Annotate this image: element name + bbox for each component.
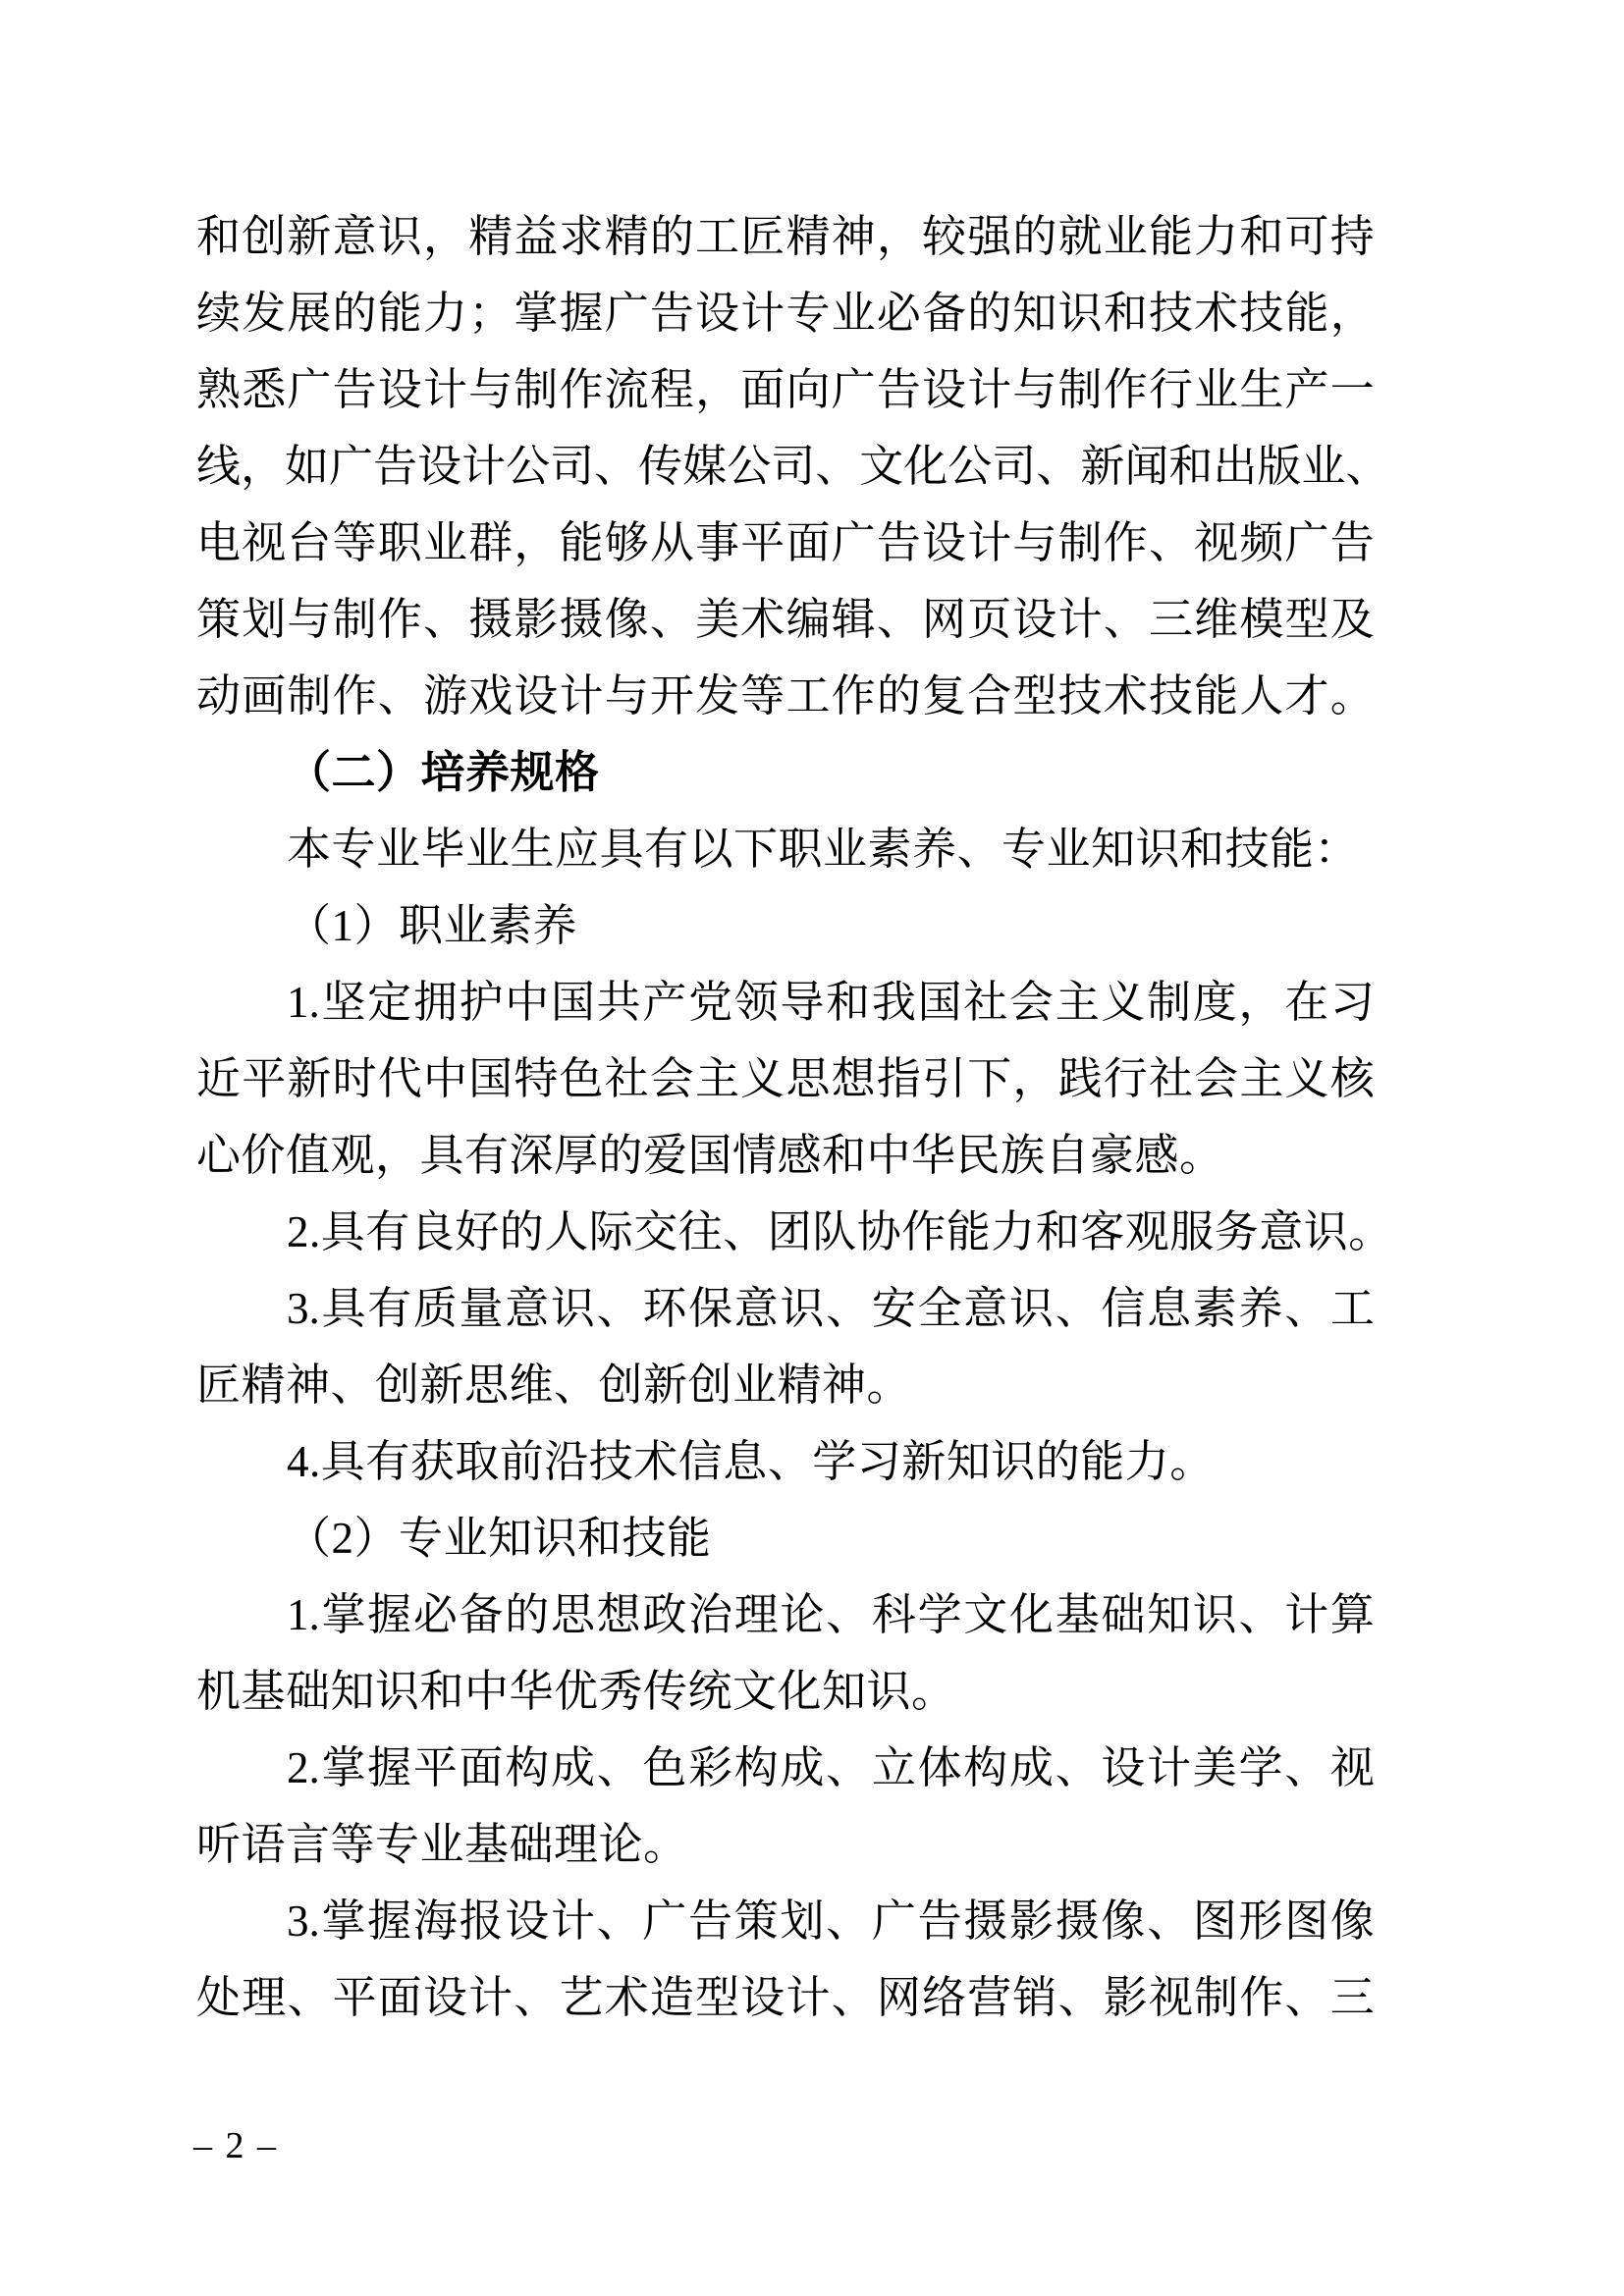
text-char: 计 [740,275,785,351]
text-char: 如 [285,428,329,505]
text-char: 3. [287,1883,320,1959]
text-char: 护 [460,964,504,1041]
text-char: 影 [1104,1959,1148,2036]
text-char: 频 [1239,505,1283,581]
text-char: 3. [287,1270,320,1347]
text-char: 必 [413,1576,458,1653]
text-char: 下 [967,1041,1011,1117]
text-char: 行 [1149,351,1193,428]
text-line: 3.具有质量意识、环保意识、安全意识、信息素养、工 [196,1270,1375,1347]
text-char: 流 [605,351,649,428]
text-char: 的 [967,275,1011,351]
text-char: 识 [1193,1576,1237,1653]
text-char: 识 [1009,1270,1054,1347]
text-line: 1.掌握必备的思想政治理论、科学文化基础知识、计算 [196,1576,1375,1653]
text-char: 求 [560,198,604,275]
text-char: 在 [1284,964,1328,1041]
text-char: 较 [922,198,966,275]
text-char: 论 [780,1576,824,1653]
text-char: 全 [918,1270,962,1347]
text-char: 义 [1285,1041,1329,1117]
text-char: 技 [1149,275,1193,351]
text-char: 三 [1330,1959,1375,2036]
text-char: 1. [287,964,320,1041]
text-char: 思 [785,1041,830,1117]
text-char: 摄 [560,581,604,658]
text-char: 强 [967,198,1011,275]
text-char: 告 [650,275,694,351]
text-char: 义 [740,1041,785,1117]
text-char: 治 [688,1576,732,1653]
text-char: 设 [922,351,966,428]
text-char: 握 [367,1730,411,1806]
text-char: 计 [967,505,1011,581]
text-char: 络 [922,1959,966,2036]
text-char: 等 [333,505,377,581]
text-char: 质 [413,1270,458,1347]
text-char: 化 [903,428,947,505]
text-char: 掌 [321,1576,365,1653]
text-char: 定 [367,964,411,1041]
text-line: 机基础知识和中华优秀传统文化知识。 [196,1653,1375,1730]
text-char: 的 [650,198,694,275]
text-char: 告 [373,428,417,505]
text-char: 学 [918,1576,962,1653]
text-char: 等 [740,658,785,734]
text-char: 广 [872,1883,916,1959]
text-char: 工 [1330,1270,1375,1347]
text-line: 续发展的能力；掌握广告设计专业必备的知识和技术技能， [196,275,1375,351]
text-char: 握 [560,275,604,351]
text-char: 、 [877,581,921,658]
text-char: 能 [378,275,422,351]
text-char: 告 [333,351,377,428]
text-char: 产 [1285,351,1329,428]
text-char: 发 [695,658,739,734]
text-line: （1）职业素养 [196,887,1375,964]
text-char: 、 [378,658,422,734]
text-char: 形 [1239,1883,1283,1959]
text-char: 广 [832,351,876,428]
text-char: 策 [196,581,241,658]
text-char: 设 [740,1959,785,2036]
text-char: 作 [832,658,876,734]
text-char: 能 [1194,658,1238,734]
text-char: 维 [1194,581,1238,658]
text-char: 。 [1330,658,1375,734]
text-char: 新 [1080,428,1124,505]
text-char: 思 [551,1576,595,1653]
text-char: 计 [423,351,467,428]
text-char: 制 [1058,505,1103,581]
text-char: 业 [1301,428,1345,505]
text-char: 识 [1058,275,1103,351]
text-line: 2.掌握平面构成、色彩构成、立体构成、设计美学、视 [196,1730,1375,1806]
text-char: 会 [1009,964,1054,1041]
text-char: 画 [242,658,286,734]
text-char: ， [241,428,285,505]
text-char: 、 [832,1959,876,2036]
text-char: 面 [785,505,830,581]
text-char: 、 [514,1959,558,2036]
text-char: 学 [1239,1730,1283,1806]
text-char: 平 [740,505,785,581]
text-char: 算 [1330,1576,1375,1653]
text-char: 设 [514,658,558,734]
text-char: 神 [832,198,876,275]
text-char: 影 [1009,1883,1054,1959]
text-char: 创 [242,198,286,275]
text-char: 影 [514,581,558,658]
text-char: 、 [1036,428,1080,505]
text-char: 业 [1194,351,1238,428]
text-char: 立 [872,1730,916,1806]
text-char: 主 [695,1041,739,1117]
text-char: 制 [514,351,558,428]
text-char: 的 [333,275,377,351]
text-line: 本专业毕业生应具有以下职业素养、专业知识和技能： [196,811,1375,887]
text-char: 和 [196,198,241,275]
text-char: 可 [1285,198,1329,275]
text-line: 动画制作、游戏设计与开发等工作的复合型技术技能人才。 [196,658,1375,734]
text-char: 色 [560,1041,604,1117]
text-char: 社 [1149,1041,1193,1117]
text-char: 握 [367,1883,411,1959]
text-char: 息 [1147,1270,1191,1347]
text-char: 科 [872,1576,916,1653]
text-char: 续 [196,275,241,351]
text-char: 知 [1147,1576,1191,1653]
text-char: 、 [1239,1576,1283,1653]
text-char: 广 [605,275,649,351]
text-char: 文 [859,428,903,505]
text-char: 精 [785,198,830,275]
text-char: 代 [378,1041,422,1117]
text-char: 制 [1058,351,1103,428]
text-char: 策 [734,1883,779,1959]
text-char: 理 [734,1576,779,1653]
text-char: 养 [1239,1270,1283,1347]
text-line: 和创新意识，精益求精的工匠精神，较强的就业能力和可持 [196,198,1375,275]
text-char: 像 [605,581,649,658]
text-char: 平 [242,1041,286,1117]
text-char: 设 [505,1883,549,1959]
text-char: 习 [1330,964,1375,1041]
text-char: 面 [460,1730,504,1806]
text-char: 与 [605,658,649,734]
text-char: 、 [1149,505,1193,581]
text-char: 作 [1104,351,1148,428]
text-char: 熟 [196,351,241,428]
text-char: 一 [1330,351,1375,428]
text-char: 必 [877,275,921,351]
text-char: 开 [650,658,694,734]
text-char: 职 [378,505,422,581]
text-char: 计 [551,1883,595,1959]
text-char: 划 [780,1883,824,1959]
page-number: – 2 – [193,2122,278,2169]
text-char: ， [877,198,921,275]
text-char: 坚 [321,964,365,1041]
text-char: 发 [242,275,286,351]
text-char: 设 [417,428,461,505]
text-char: 制 [287,658,331,734]
text-char: 术 [740,581,785,658]
text-char: 能 [1149,198,1193,275]
text-char: 像 [1101,1883,1145,1959]
text-char: 视 [1149,1959,1193,2036]
text-char: 意 [963,1270,1007,1347]
text-char: 成 [780,1730,824,1806]
text-char: 和 [1168,428,1213,505]
text-char: ， [1330,275,1375,351]
text-char: 计 [1147,1730,1191,1806]
text-char: 共 [597,964,641,1041]
text-char: 备 [922,275,966,351]
text-char: 、 [597,1883,641,1959]
text-line: 1.坚定拥护中国共产党领导和我国社会主义制度，在习 [196,964,1375,1041]
text-char: ， [423,198,467,275]
text-char: 制 [1194,1959,1238,2036]
text-char: 匠 [740,198,785,275]
text-char: 意 [333,198,377,275]
text-char: 、 [826,1270,870,1347]
text-char: 群 [468,505,513,581]
text-char: 作 [1104,505,1148,581]
text-char: 量 [460,1270,504,1347]
text-line: 听语言等专业基础理论。 [196,1806,1375,1883]
text-char: 知 [1012,275,1056,351]
text-char: 党 [688,964,732,1041]
text-char: 拥 [413,964,458,1041]
text-char: 和 [826,964,870,1041]
text-char: 展 [287,275,331,351]
text-char: 广 [642,1883,686,1959]
text-char: 就 [1058,198,1103,275]
text-char: 掌 [321,1883,365,1959]
text-char: 文 [963,1576,1007,1653]
text-char: 平 [413,1730,458,1806]
text-char: 政 [642,1576,686,1653]
text-char: 视 [242,505,286,581]
text-char: 广 [329,428,373,505]
text-char: 中 [423,1041,467,1117]
text-line: 心价值观，具有深厚的爱国情感和中华民族自豪感。 [196,1117,1375,1194]
text-char: 的 [505,1576,549,1653]
text-char: 、 [1056,1270,1100,1347]
text-char: 保 [688,1270,732,1347]
text-char: 告 [877,351,921,428]
text-char: 型 [1285,581,1329,658]
text-char: 划 [242,581,286,658]
text-char: 、 [1147,1883,1191,1959]
text-char: 会 [650,1041,694,1117]
text-char: 、 [1058,1959,1103,2036]
text-char: 成 [551,1730,595,1806]
text-char: 2. [287,1730,320,1806]
section-heading: （二）培养规格 [196,734,1375,811]
text-line: 处理、平面设计、艺术造型设计、网络营销、影视制作、三 [196,1959,1375,2036]
text-char: 页 [967,581,1011,658]
text-char: 精 [605,198,649,275]
text-char: 理 [242,1959,286,2036]
text-char: 公 [947,428,992,505]
text-line: 2.具有良好的人际交往、团队协作能力和客观服务意识。 [196,1194,1375,1270]
text-char: 、 [650,581,694,658]
text-char: 设 [1101,1730,1145,1806]
text-char: 设 [378,351,422,428]
text-char: 程 [650,351,694,428]
text-char: 1. [287,1576,320,1653]
text-char: 主 [1056,964,1100,1041]
text-char: 合 [967,658,1011,734]
text-char: 计 [461,428,506,505]
text-char: 社 [963,964,1007,1041]
text-char: 、 [1345,428,1389,505]
text-char: ； [468,275,513,351]
text-char: 电 [196,505,241,581]
text-char: 制 [1147,964,1191,1041]
text-char: 计 [468,1959,513,2036]
text-char: 会 [1194,1041,1238,1117]
text-line: 3.掌握海报设计、广告策划、广告摄影摄像、图形图像 [196,1883,1375,1959]
text-char: 设 [423,1959,467,2036]
text-line: 策划与制作、摄影摄像、美术编辑、网页设计、三维模型及 [196,581,1375,658]
text-char: 够 [605,505,649,581]
text-char: 能 [1285,275,1329,351]
text-char: 闻 [1124,428,1168,505]
text-char: 美 [695,581,739,658]
text-char: 业 [1104,198,1148,275]
text-char: 设 [1012,581,1056,658]
text-char: 传 [638,428,682,505]
text-char: 游 [423,658,467,734]
text-char: 构 [734,1730,779,1806]
text-char: 化 [1009,1576,1054,1653]
text-char: 司 [550,428,594,505]
text-char: ， [695,351,739,428]
document-page: 和创新意识，精益求精的工匠精神，较强的就业能力和可持续发展的能力；掌握广告设计专… [0,0,1624,2296]
text-char: 体 [918,1730,962,1806]
text-char: 才 [1285,658,1329,734]
text-char: 造 [650,1959,694,2036]
text-char: 、 [597,1270,641,1347]
text-char: 视 [1330,1730,1375,1806]
text-char: 技 [1239,275,1283,351]
text-char: 近 [196,1041,241,1117]
text-char: 出 [1213,428,1257,505]
text-char: 编 [785,581,830,658]
text-char: 领 [734,964,779,1041]
text-char: 信 [1101,1270,1145,1347]
text-char: 版 [1257,428,1301,505]
text-char: 计 [560,658,604,734]
text-char: 与 [1012,351,1056,428]
text-char: 具 [321,1270,365,1347]
text-char: 摄 [1056,1883,1100,1959]
text-char: 营 [967,1959,1011,2036]
text-char: 时 [333,1041,377,1117]
text-char: 生 [1239,351,1283,428]
text-char: 媒 [682,428,727,505]
text-char: 、 [1285,1959,1329,2036]
text-char: 专 [785,275,830,351]
text-char: 网 [877,1959,921,2036]
text-char: 作 [560,351,604,428]
text-char: 报 [460,1883,504,1959]
text-char: 告 [1330,505,1375,581]
text-char: 作 [333,658,377,734]
text-char: 国 [468,1041,513,1117]
text-char: 司 [771,428,815,505]
text-char: 网 [922,581,966,658]
text-char: 模 [1239,581,1283,658]
text-char: 的 [1012,198,1056,275]
text-char: 践 [1058,1041,1103,1117]
text-char: 有 [367,1270,411,1347]
text-char: 动 [196,658,241,734]
text-char: 础 [1101,1576,1145,1653]
text-char: 型 [695,1959,739,2036]
text-char: 环 [642,1270,686,1347]
text-char: 及 [1330,581,1375,658]
text-char: 指 [877,1041,921,1117]
text-char: 三 [1149,581,1193,658]
text-char: 安 [872,1270,916,1347]
text-char: 、 [594,428,638,505]
text-char: 、 [1284,1730,1328,1806]
text-line: （2）专业知识和技能 [196,1500,1375,1576]
text-char: 产 [642,964,686,1041]
text-char: 、 [826,1576,870,1653]
text-line: 熟悉广告设计与制作流程，面向广告设计与制作行业生产一 [196,351,1375,428]
text-char: 素 [1193,1270,1237,1347]
text-char: 、 [826,1883,870,1959]
text-char: 广 [832,505,876,581]
text-char: 面 [740,351,785,428]
text-char: 计 [1058,581,1103,658]
text-char: 图 [1193,1883,1237,1959]
text-char: 和 [1239,198,1283,275]
text-char: 设 [922,505,966,581]
text-char: 新 [287,198,331,275]
text-char: 复 [922,658,966,734]
text-char: 作 [378,581,422,658]
text-char: 司 [992,428,1036,505]
text-char: 戏 [468,658,513,734]
text-char: 向 [785,351,830,428]
text-char: 海 [413,1883,458,1959]
text-char: 识 [780,1270,824,1347]
text-char: 、 [826,1730,870,1806]
text-char: 型 [1012,658,1056,734]
text-char: 面 [378,1959,422,2036]
text-char: 图 [1284,1883,1328,1959]
text-char: 摄 [963,1883,1007,1959]
text-char: 精 [468,198,513,275]
text-char: 工 [695,198,739,275]
text-char: 意 [505,1270,549,1347]
text-char: 处 [196,1959,241,2036]
text-char: 力 [423,275,467,351]
text-char: 色 [642,1730,686,1806]
text-char: 广 [1285,505,1329,581]
text-char: 悉 [242,351,286,428]
text-char: 想 [832,1041,876,1117]
text-char: 、 [1284,1270,1328,1347]
text-char: 作 [1239,1959,1283,2036]
text-char: 与 [1012,505,1056,581]
